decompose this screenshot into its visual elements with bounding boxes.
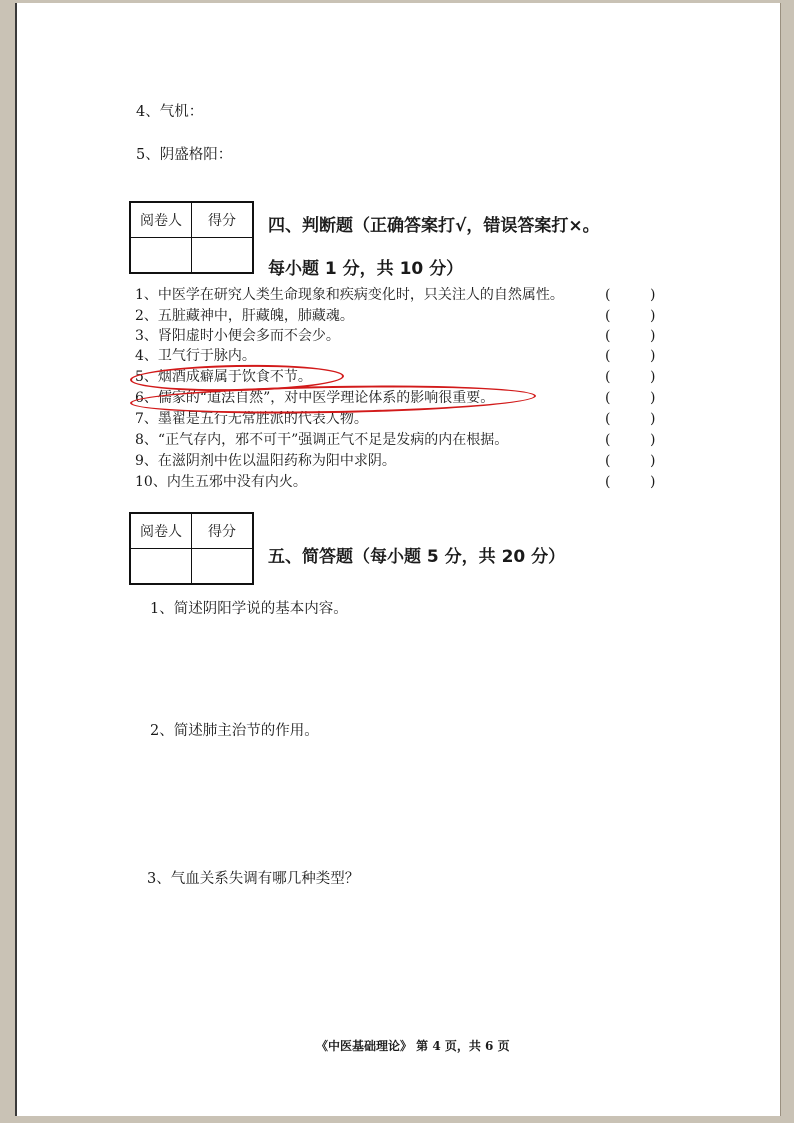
section4-score-table: 阅卷人 得分 — [129, 201, 254, 274]
answer-paren-open: ( — [605, 367, 610, 387]
answer-paren-open: ( — [605, 409, 610, 429]
question-text: 4、卫气行于脉内。 — [135, 348, 256, 364]
answer-paren-open: ( — [605, 472, 610, 492]
tf-question-9: 9、在滋阴剂中佐以温阳药称为阳中求阴。 ( ) — [135, 451, 670, 471]
question-text: 2、五脏藏神中，肝藏魄，肺藏魂。 — [135, 308, 354, 324]
tf-question-3: 3、肾阳虚时小便会多而不会少。 ( ) — [135, 326, 670, 346]
section5-score-table: 阅卷人 得分 — [129, 512, 254, 585]
answer-paren-open: ( — [605, 306, 610, 326]
section4-subtitle: 每小题 1 分，共 10 分） — [268, 254, 463, 279]
answer-paren-open: ( — [605, 388, 610, 408]
score-field[interactable] — [192, 549, 254, 585]
question-text: 3、肾阳虚时小便会多而不会少。 — [135, 328, 340, 344]
answer-paren-close: ) — [650, 388, 655, 408]
answer-paren-close: ) — [650, 367, 655, 387]
question-text: 1、中医学在研究人类生命现象和疾病变化时，只关注人的自然属性。 — [135, 287, 564, 303]
section5-title: 五、简答题（每小题 5 分，共 20 分） — [268, 542, 565, 567]
tf-question-2: 2、五脏藏神中，肝藏魄，肺藏魂。 ( ) — [135, 306, 670, 326]
question-text: 9、在滋阴剂中佐以温阳药称为阳中求阴。 — [135, 453, 396, 469]
question-text: 8、“正气存内，邪不可干”强调正气不足是发病的内在根据。 — [135, 432, 508, 448]
question-text: 10、内生五邪中没有内火。 — [135, 474, 307, 490]
answer-paren-open: ( — [605, 451, 610, 471]
tf-question-10: 10、内生五邪中没有内火。 ( ) — [135, 472, 670, 492]
short-answer-question-1: 1、简述阴阳学说的基本内容。 — [150, 597, 348, 618]
answer-paren-open: ( — [605, 430, 610, 450]
grader-field[interactable] — [130, 238, 192, 274]
answer-paren-close: ) — [650, 285, 655, 305]
page-footer: 《中医基础理论》 第 4 页，共 6 页 — [316, 1037, 510, 1054]
answer-paren-open: ( — [605, 346, 610, 366]
score-label: 得分 — [192, 513, 254, 549]
answer-paren-close: ) — [650, 326, 655, 346]
answer-paren-open: ( — [605, 326, 610, 346]
question-text: 7、墨翟是五行无常胜派的代表人物。 — [135, 411, 368, 427]
grader-label: 阅卷人 — [130, 513, 192, 549]
score-label: 得分 — [192, 202, 254, 238]
score-field[interactable] — [192, 238, 254, 274]
answer-paren-close: ) — [650, 451, 655, 471]
section4-title: 四、判断题（正确答案打√，错误答案打×。 — [268, 211, 600, 236]
definition-item-4: 4、气机： — [136, 100, 203, 121]
answer-paren-close: ) — [650, 430, 655, 450]
answer-paren-close: ) — [650, 346, 655, 366]
grader-label: 阅卷人 — [130, 202, 192, 238]
short-answer-question-2: 2、简述肺主治节的作用。 — [150, 719, 319, 740]
grader-field[interactable] — [130, 549, 192, 585]
answer-paren-open: ( — [605, 285, 610, 305]
tf-question-1: 1、中医学在研究人类生命现象和疾病变化时，只关注人的自然属性。 ( ) — [135, 285, 670, 305]
answer-paren-close: ) — [650, 409, 655, 429]
tf-question-4: 4、卫气行于脉内。 ( ) — [135, 346, 670, 366]
answer-paren-close: ) — [650, 306, 655, 326]
definition-item-5: 5、阴盛格阳： — [136, 143, 232, 164]
short-answer-question-3: 3、气血关系失调有哪几种类型？ — [147, 867, 359, 888]
answer-paren-close: ) — [650, 472, 655, 492]
tf-question-8: 8、“正气存内，邪不可干”强调正气不足是发病的内在根据。 ( ) — [135, 430, 670, 450]
